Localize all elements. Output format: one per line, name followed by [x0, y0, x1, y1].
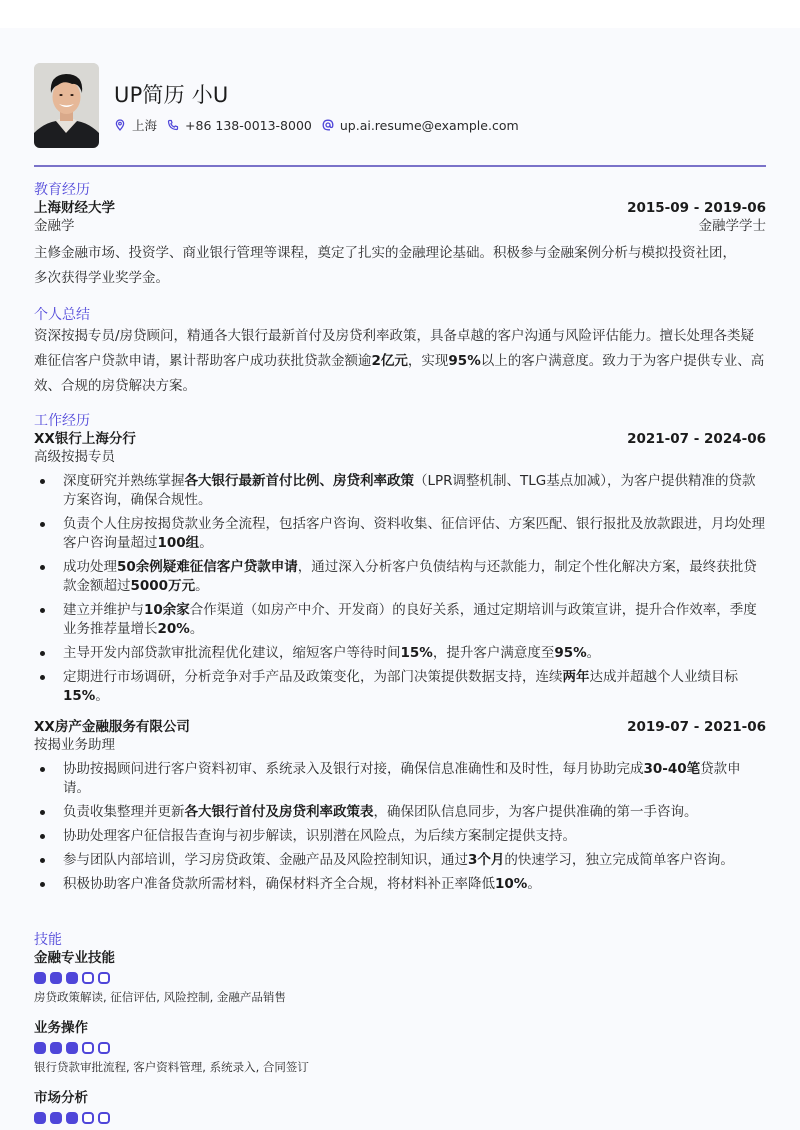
- skill-name: 金融专业技能: [34, 949, 766, 967]
- contact-email: up.ai.resume@example.com: [322, 118, 519, 133]
- bullet-item: 建立并维护与10余家合作渠道（如房产中介、开发商）的良好关系，通过定期培训与政策…: [34, 601, 766, 639]
- at-sign-icon: [322, 119, 334, 131]
- rating-dot-filled: [50, 1042, 62, 1054]
- skill-rating: [34, 1042, 766, 1054]
- bullet-item: 负责收集整理并更新各大银行首付及房贷利率政策表，确保团队信息同步，为客户提供准确…: [34, 803, 766, 822]
- bullet-item: 负责个人住房按揭贷款业务全流程，包括客户咨询、资料收集、征信评估、方案匹配、银行…: [34, 515, 766, 553]
- skill-rating: [34, 972, 766, 984]
- education-subrow: 金融学 金融学学士: [34, 217, 766, 235]
- bullet-item: 深度研究并熟练掌握各大银行最新首付比例、房贷利率政策（LPR调整机制、TLG基点…: [34, 472, 766, 510]
- skill-name: 业务操作: [34, 1019, 766, 1037]
- phone-text: +86 138-0013-8000: [185, 118, 312, 133]
- skills-title: 技能: [34, 931, 766, 949]
- rating-dot-empty: [82, 1112, 94, 1124]
- education-desc-line: 多次获得学业奖学金。: [34, 266, 766, 291]
- job-entry: XX银行上海分行 2021-07 - 2024-06 高级按揭专员 深度研究并熟…: [34, 430, 766, 706]
- summary-highlight: 2亿元: [372, 353, 408, 369]
- contact-info: 上海 +86 138-0013-8000 up.ai.resume@exampl…: [114, 116, 529, 134]
- rating-dot-filled: [34, 972, 46, 984]
- location-text: 上海: [132, 116, 157, 134]
- rating-dot-filled: [66, 1042, 78, 1054]
- rating-dot-filled: [66, 972, 78, 984]
- education-dates: 2015-09 - 2019-06: [627, 199, 766, 217]
- job-dates: 2019-07 - 2021-06: [627, 718, 766, 736]
- school-name: 上海财经大学: [34, 199, 115, 217]
- rating-dot-empty: [82, 1042, 94, 1054]
- skill-item: 市场分析: [34, 1089, 766, 1124]
- rating-dot-filled: [50, 1112, 62, 1124]
- summary-part: ，实现: [408, 353, 449, 369]
- rating-dot-filled: [66, 1112, 78, 1124]
- summary-text: 资深按揭专员/房贷顾问，精通各大银行最新首付及房贷利率政策，具备卓越的客户沟通与…: [34, 324, 766, 399]
- skill-item: 金融专业技能 房贷政策解读, 征信评估, 风险控制, 金融产品销售: [34, 949, 766, 1005]
- education-title: 教育经历: [34, 181, 766, 199]
- job-row: XX房产金融服务有限公司 2019-07 - 2021-06: [34, 718, 766, 736]
- phone-icon: [167, 119, 179, 131]
- company-name: XX银行上海分行: [34, 430, 136, 448]
- header-divider: [34, 165, 766, 167]
- bullet-item: 成功处理50余例疑难征信客户贷款申请，通过深入分析客户负债结构与还款能力，制定个…: [34, 558, 766, 596]
- education-description: 主修金融市场、投资学、商业银行管理等课程，奠定了扎实的金融理论基础。积极参与金融…: [34, 241, 766, 291]
- rating-dot-empty: [98, 972, 110, 984]
- resume-page: UP简历 小U 上海 +86 138-0013-8000: [0, 28, 800, 1130]
- bullet-item: 积极协助客户准备贷款所需材料，确保材料齐全合规，将材料补正率降低10%。: [34, 875, 766, 894]
- work-section: 工作经历 XX银行上海分行 2021-07 - 2024-06 高级按揭专员 深…: [34, 412, 766, 899]
- bullet-item: 协助按揭顾问进行客户资料初审、系统录入及银行对接，确保信息准确性和及时性，每月协…: [34, 760, 766, 798]
- job-dates: 2021-07 - 2024-06: [627, 430, 766, 448]
- education-section: 教育经历 上海财经大学 2015-09 - 2019-06 金融学 金融学学士 …: [34, 181, 766, 291]
- job-entry: XX房产金融服务有限公司 2019-07 - 2021-06 按揭业务助理 协助…: [34, 718, 766, 894]
- contact-phone: +86 138-0013-8000: [167, 118, 312, 133]
- rating-dot-empty: [98, 1042, 110, 1054]
- company-name: XX房产金融服务有限公司: [34, 718, 190, 736]
- skill-name: 市场分析: [34, 1089, 766, 1107]
- contact-location: 上海: [114, 116, 157, 134]
- job-role: 按揭业务助理: [34, 736, 766, 754]
- bullet-item: 协助处理客户征信报告查询与初步解读，识别潜在风险点，为后续方案制定提供支持。: [34, 827, 766, 846]
- job-role: 高级按揭专员: [34, 448, 766, 466]
- skill-rating: [34, 1112, 766, 1124]
- degree: 金融学学士: [699, 217, 767, 235]
- rating-dot-filled: [34, 1112, 46, 1124]
- rating-dot-empty: [82, 972, 94, 984]
- bullet-item: 定期进行市场调研，分析竞争对手产品及政策变化，为部门决策提供数据支持，连续两年达…: [34, 668, 766, 706]
- major: 金融学: [34, 217, 75, 235]
- summary-section: 个人总结 资深按揭专员/房贷顾问，精通各大银行最新首付及房贷利率政策，具备卓越的…: [34, 306, 766, 399]
- summary-title: 个人总结: [34, 306, 766, 324]
- job-bullets: 协助按揭顾问进行客户资料初审、系统录入及银行对接，确保信息准确性和及时性，每月协…: [34, 760, 766, 894]
- skill-item: 业务操作 银行贷款审批流程, 客户资料管理, 系统录入, 合同签订: [34, 1019, 766, 1075]
- job-row: XX银行上海分行 2021-07 - 2024-06: [34, 430, 766, 448]
- rating-dot-filled: [50, 972, 62, 984]
- resume-header: UP简历 小U 上海 +86 138-0013-8000: [34, 63, 766, 149]
- summary-highlight: 95%: [448, 353, 480, 369]
- education-desc-line: 主修金融市场、投资学、商业银行管理等课程，奠定了扎实的金融理论基础。积极参与金融…: [34, 241, 766, 266]
- skill-tags: 银行贷款审批流程, 客户资料管理, 系统录入, 合同签订: [34, 1060, 766, 1075]
- skill-tags: 房贷政策解读, 征信评估, 风险控制, 金融产品销售: [34, 990, 766, 1005]
- job-bullets: 深度研究并熟练掌握各大银行最新首付比例、房贷利率政策（LPR调整机制、TLG基点…: [34, 472, 766, 706]
- rating-dot-filled: [34, 1042, 46, 1054]
- avatar: [34, 63, 99, 148]
- education-row: 上海财经大学 2015-09 - 2019-06: [34, 199, 766, 217]
- map-pin-icon: [114, 119, 126, 131]
- rating-dot-empty: [98, 1112, 110, 1124]
- candidate-name: UP简历 小U: [114, 79, 228, 109]
- work-title: 工作经历: [34, 412, 766, 430]
- bullet-item: 参与团队内部培训，学习房贷政策、金融产品及风险控制知识，通过3个月的快速学习，独…: [34, 851, 766, 870]
- bullet-item: 主导开发内部贷款审批流程优化建议，缩短客户等待时间15%，提升客户满意度至95%…: [34, 644, 766, 663]
- skills-section: 技能 金融专业技能 房贷政策解读, 征信评估, 风险控制, 金融产品销售 业务操…: [34, 931, 766, 1124]
- email-text: up.ai.resume@example.com: [340, 118, 519, 133]
